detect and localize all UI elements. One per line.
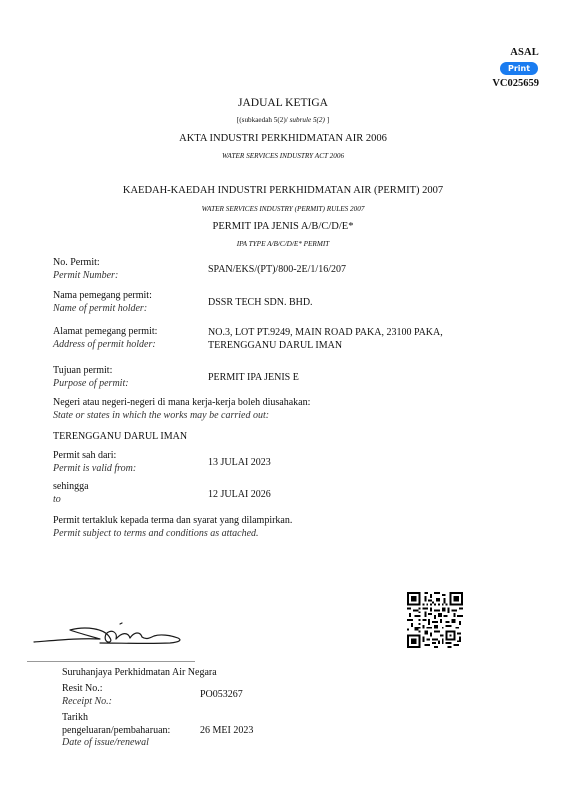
states-value: TERENGGANU DARUL IMAN <box>53 430 187 443</box>
purpose-label: Tujuan permit: Purpose of permit: <box>53 365 129 390</box>
schedule-title: JADUAL KETIGA <box>0 97 566 109</box>
rules-title-en: WATER SERVICES INDUSTRY (PERMIT) RULES 2… <box>0 205 566 213</box>
holder-name-label: Nama pemegang permit: Name of permit hol… <box>53 290 152 315</box>
receipt-value: PO053267 <box>200 689 243 700</box>
authority-name: Suruhanjaya Perkhidmatan Air Negara <box>62 667 217 680</box>
issue-date-label: Tarikh pengeluaran/pembaharuan: Date of … <box>62 712 170 750</box>
valid-to-value: 12 JULAI 2026 <box>208 488 271 501</box>
valid-from-label: Permit sah dari: Permit is valid from: <box>53 450 136 475</box>
receipt-label: Resit No.: Receipt No.: <box>62 683 112 708</box>
qr-code-icon[interactable] <box>407 592 463 648</box>
rules-title: KAEDAH-KAEDAH INDUSTRI PERKHIDMATAN AIR … <box>0 185 566 196</box>
signature-icon <box>30 612 195 652</box>
print-button[interactable]: Print <box>500 62 538 75</box>
act-title-en: WATER SERVICES INDUSTRY ACT 2006 <box>0 152 566 160</box>
terms-note: Permit tertakluk kepada terma dan syarat… <box>53 514 292 540</box>
holder-address-value: NO.3, LOT PT.9249, MAIN ROAD PAKA, 23100… <box>208 326 443 352</box>
act-title: AKTA INDUSTRI PERKHIDMATAN AIR 2006 <box>0 133 566 144</box>
permit-number-label: No. Permit: Permit Number: <box>53 257 118 282</box>
issue-date-value: 26 MEI 2023 <box>200 725 253 736</box>
copy-label: ASAL <box>510 47 539 58</box>
states-label: Negeri atau negeri-negeri di mana kerja-… <box>53 396 310 422</box>
subrule-reference: [(subkaedah 5(2)/ subrule 5(2) ] <box>0 116 566 124</box>
purpose-value: PERMIT IPA JENIS E <box>208 371 299 384</box>
signature-line <box>27 661 195 662</box>
holder-address-label: Alamat pemegang permit: Address of permi… <box>53 326 157 351</box>
valid-from-value: 13 JULAI 2023 <box>208 456 271 469</box>
permit-type-title: PERMIT IPA JENIS A/B/C/D/E* <box>0 221 566 232</box>
permit-type-title-en: IPA TYPE A/B/C/D/E* PERMIT <box>0 240 566 248</box>
holder-name-value: DSSR TECH SDN. BHD. <box>208 296 313 309</box>
document-code: VC025659 <box>492 78 539 89</box>
permit-number-value: SPAN/EKS/(PT)/800-2E/1/16/207 <box>208 263 346 276</box>
valid-to-label: sehingga to <box>53 481 89 506</box>
